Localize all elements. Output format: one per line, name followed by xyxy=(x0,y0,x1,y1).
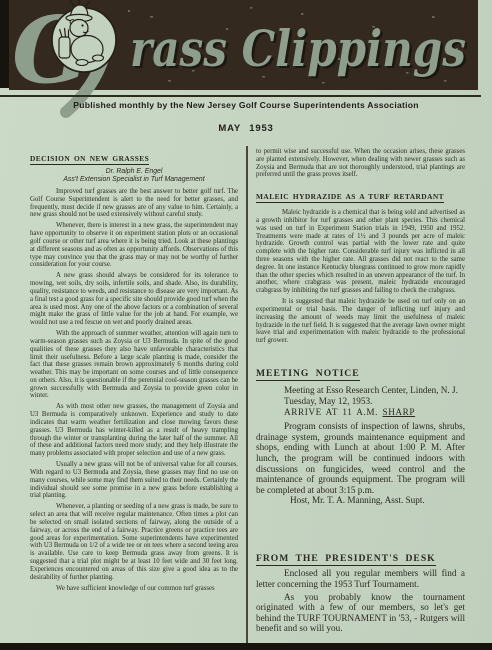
meeting-host: Host, Mr. T. A. Manning, Asst. Supt. xyxy=(256,495,465,506)
right-column: to permit wise and successful use. When … xyxy=(256,148,465,634)
meeting-location: Meeting at Esso Research Center, Linden,… xyxy=(256,385,465,396)
presidents-desk-heading: FROM THE PRESIDENT'S DESK xyxy=(256,553,436,567)
left-column: DECISION ON NEW GRASSES Dr. Ralph E. Eng… xyxy=(30,148,238,592)
newsletter-page: G rass Clippings rass Clippings Publishe… xyxy=(0,0,492,650)
article-paragraph: With the approach of summer weather, att… xyxy=(30,330,238,400)
masthead-subtitle: Published monthly by the New Jersey Golf… xyxy=(0,100,492,110)
article-paragraph: A new grass should always be considered … xyxy=(30,272,238,327)
meeting-program: Program consists of inspection of lawns,… xyxy=(256,421,465,495)
presidents-desk-paragraph: As you probably know the tournament orig… xyxy=(256,592,465,634)
byline-title: Ass't Extension Specialist in Turf Manag… xyxy=(30,176,238,184)
title-script: rass Clippings xyxy=(130,19,466,78)
masthead-rule xyxy=(0,95,481,97)
article-paragraph: Usually a new grass will not be of unive… xyxy=(30,461,238,500)
presidents-desk-paragraph: Enclosed all you regular members will fi… xyxy=(256,568,465,589)
meeting-notice-heading: MEETING NOTICE xyxy=(256,368,360,382)
article-paragraph: As with most other new grasses, the mana… xyxy=(30,403,238,458)
article-paragraph-continued: We have sufficient knowledge of our comm… xyxy=(30,585,238,593)
article-paragraph: Maleic hydrazide is a chemical that is b… xyxy=(256,209,465,295)
article-paragraph: Whenever, there is interest in a new gra… xyxy=(30,222,238,269)
byline-author: Dr. Ralph E. Engel xyxy=(30,168,238,176)
article-paragraph: Improved turf grasses are the best answe… xyxy=(30,188,238,219)
meeting-arrival-time: ARRIVE AT 11 A.M. SHARP xyxy=(256,407,465,418)
meeting-date: Tuesday, May 12, 1953. xyxy=(256,396,465,407)
byline: Dr. Ralph E. Engel Ass't Extension Speci… xyxy=(30,168,238,184)
article-heading-new-grasses: DECISION ON NEW GRASSES xyxy=(30,154,149,165)
scan-edge-left xyxy=(0,0,9,88)
article-paragraph: It is suggested that maleic hydrazide be… xyxy=(256,298,465,345)
issue-date: MAY 1953 xyxy=(0,123,492,134)
scan-edge-bottom xyxy=(0,643,492,650)
article-paragraph-continuation: to permit wise and successful use. When … xyxy=(256,148,465,179)
meeting-arrival-emphasis: SHARP xyxy=(382,407,415,417)
column-divider xyxy=(246,146,248,643)
article-heading-maleic: MALEIC HYDRAZIDE AS A TURF RETARDANT xyxy=(256,192,444,203)
article-paragraph: Whenever, a planting or seeding of a new… xyxy=(30,503,238,581)
